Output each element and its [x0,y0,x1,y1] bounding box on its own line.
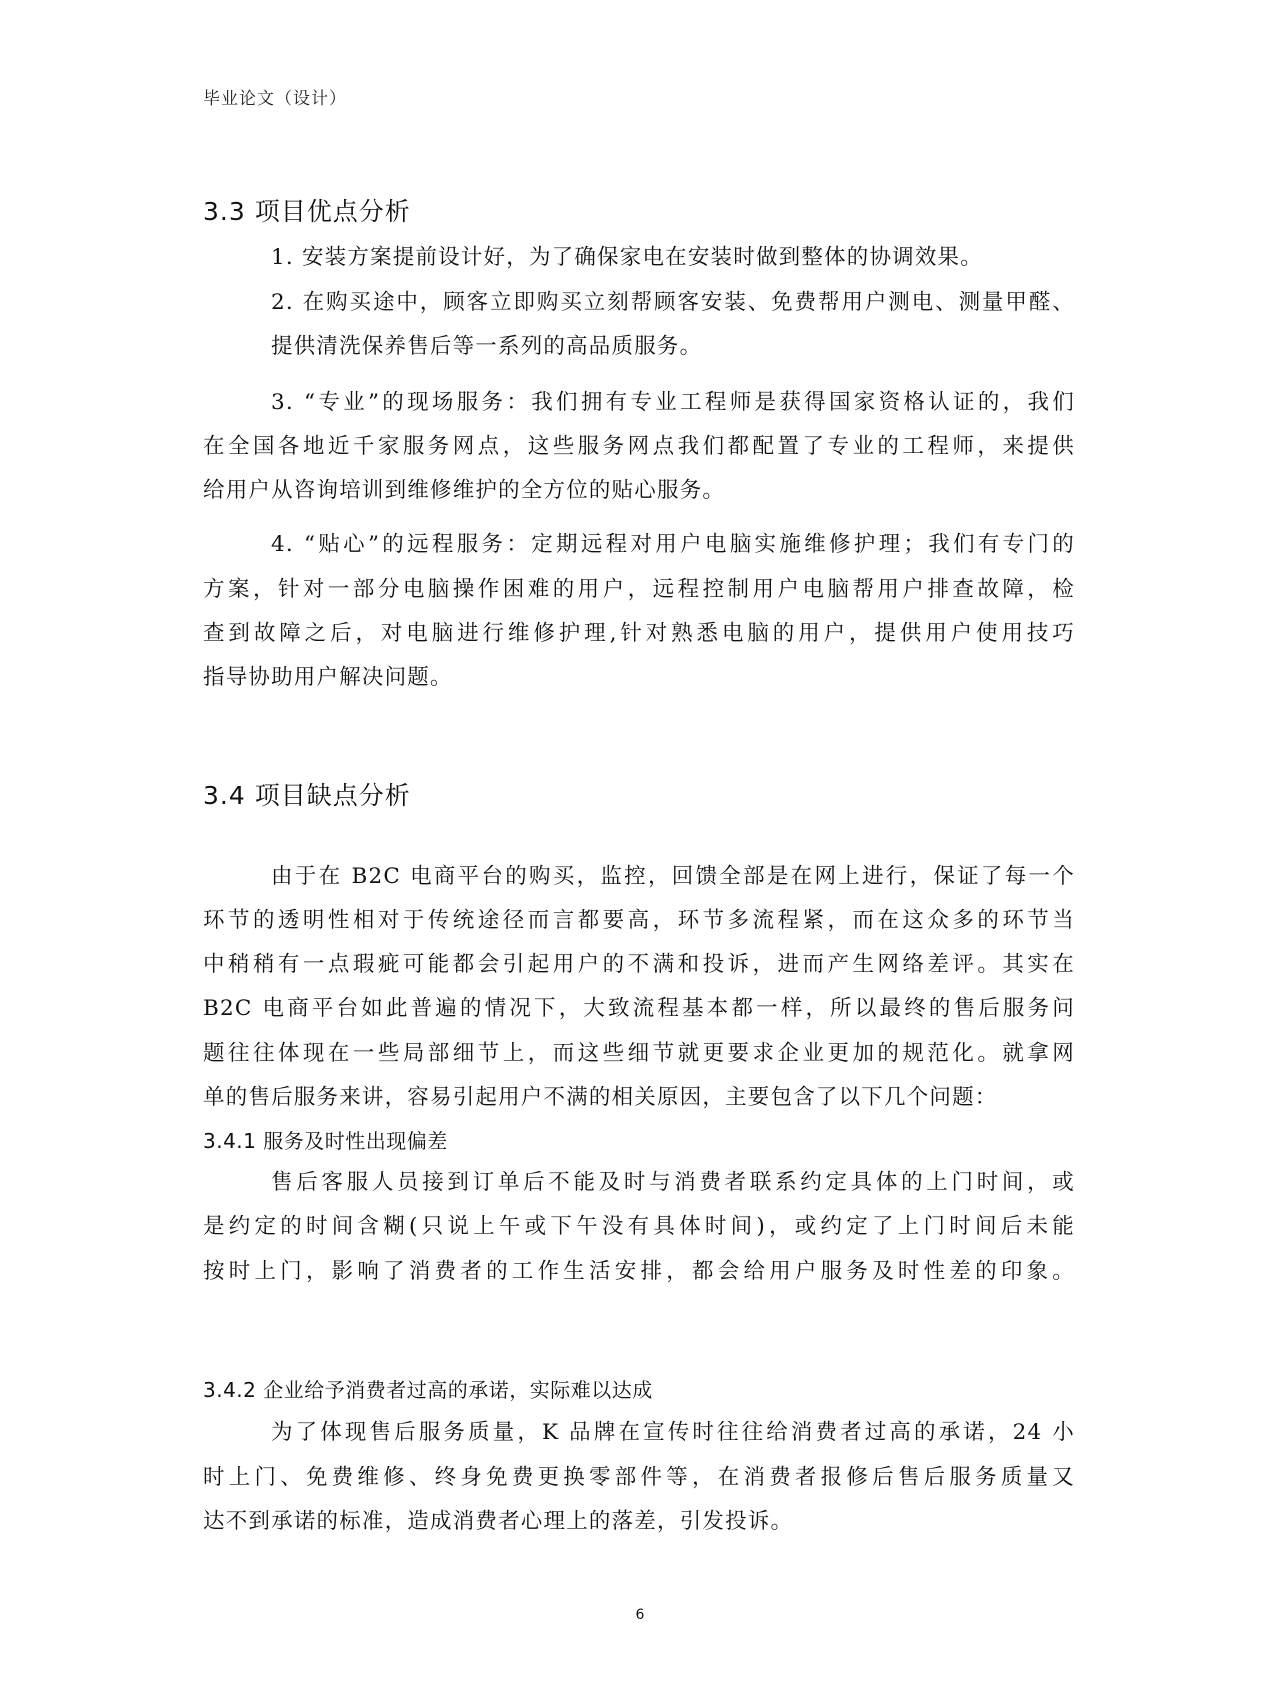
paragraph-line: 方案，针对一部分电脑操作困难的用户，远程控制用户电脑帮用户排查故障，检 [203,575,1075,605]
paragraph-line: 题往往体现在一些局部细节上，而这些细节就更要求企业更加的规范化。就拿网 [203,1039,1075,1069]
paragraph-line: 查到故障之后，对电脑进行维修护理,针对熟悉电脑的用户，提供用户使用技巧 [203,619,1075,649]
subsection-heading-3-4-2: 3.4.2 企业给予消费者过高的承诺，实际难以达成 [203,1374,653,1403]
subsection-heading-3-4-1: 3.4.1 服务及时性出现偏差 [203,1125,448,1154]
running-header: 毕业论文（设计） [203,84,347,109]
section-heading-3-4: 3.4 项目缺点分析 [203,776,411,812]
paragraph-line: 为了体现售后服务质量，K 品牌在宣传时往往给消费者过高的承诺，24 小 [271,1418,1075,1448]
paragraph-line: 环节的透明性相对于传统途径而言都要高，环节多流程紧，而在这众多的环节当 [203,906,1075,936]
paragraph-line: 达不到承诺的标准，造成消费者心理上的落差，引发投诉。 [203,1507,1075,1537]
paragraph-line: 是约定的时间含糊(只说上午或下午没有具体时间)，或约定了上门时间后未能 [203,1212,1075,1242]
page-number: 6 [0,1607,1280,1623]
paragraph-line: 提供清洗保养售后等一系列的高品质服务。 [271,332,1075,362]
paragraph-line: B2C 电商平台如此普遍的情况下，大致流程基本都一样，所以最终的售后服务问 [203,994,1075,1024]
paragraph-line: 给用户从咨询培训到维修维护的全方位的贴心服务。 [203,476,1075,506]
paragraph-line: 4. “贴心”的远程服务：定期远程对用户电脑实施维修护理；我们有专门的 [271,530,1075,560]
paragraph-line: 由于在 B2C 电商平台的购买，监控，回馈全部是在网上进行，保证了每一个 [271,862,1075,892]
paragraph-line: 时上门、免费维修、终身免费更换零部件等，在消费者报修后售后服务质量又 [203,1463,1075,1493]
paragraph-line: 在全国各地近千家服务网点，这些服务网点我们都配置了专业的工程师，来提供 [203,432,1075,462]
paragraph-line: 按时上门，影响了消费者的工作生活安排，都会给用户服务及时性差的印象。 [203,1257,1075,1287]
paragraph-line: 2. 在购买途中，顾客立即购买立刻帮顾客安装、免费帮用户测电、测量甲醛、 [271,288,1075,318]
paragraph-line: 1. 安装方案提前设计好，为了确保家电在安装时做到整体的协调效果。 [271,243,1075,273]
paragraph-line: 售后客服人员接到订单后不能及时与消费者联系约定具体的上门时间，或 [271,1168,1075,1198]
paragraph-line: 3. “专业”的现场服务：我们拥有专业工程师是获得国家资格认证的，我们 [271,388,1075,418]
paragraph-line: 单的售后服务来讲，容易引起用户不满的相关原因，主要包含了以下几个问题： [203,1083,1075,1113]
section-heading-3-3: 3.3 项目优点分析 [203,192,411,228]
paragraph-line: 指导协助用户解决问题。 [203,663,1075,693]
paragraph-line: 中稍稍有一点瑕疵可能都会引起用户的不满和投诉，进而产生网络差评。其实在 [203,950,1075,980]
